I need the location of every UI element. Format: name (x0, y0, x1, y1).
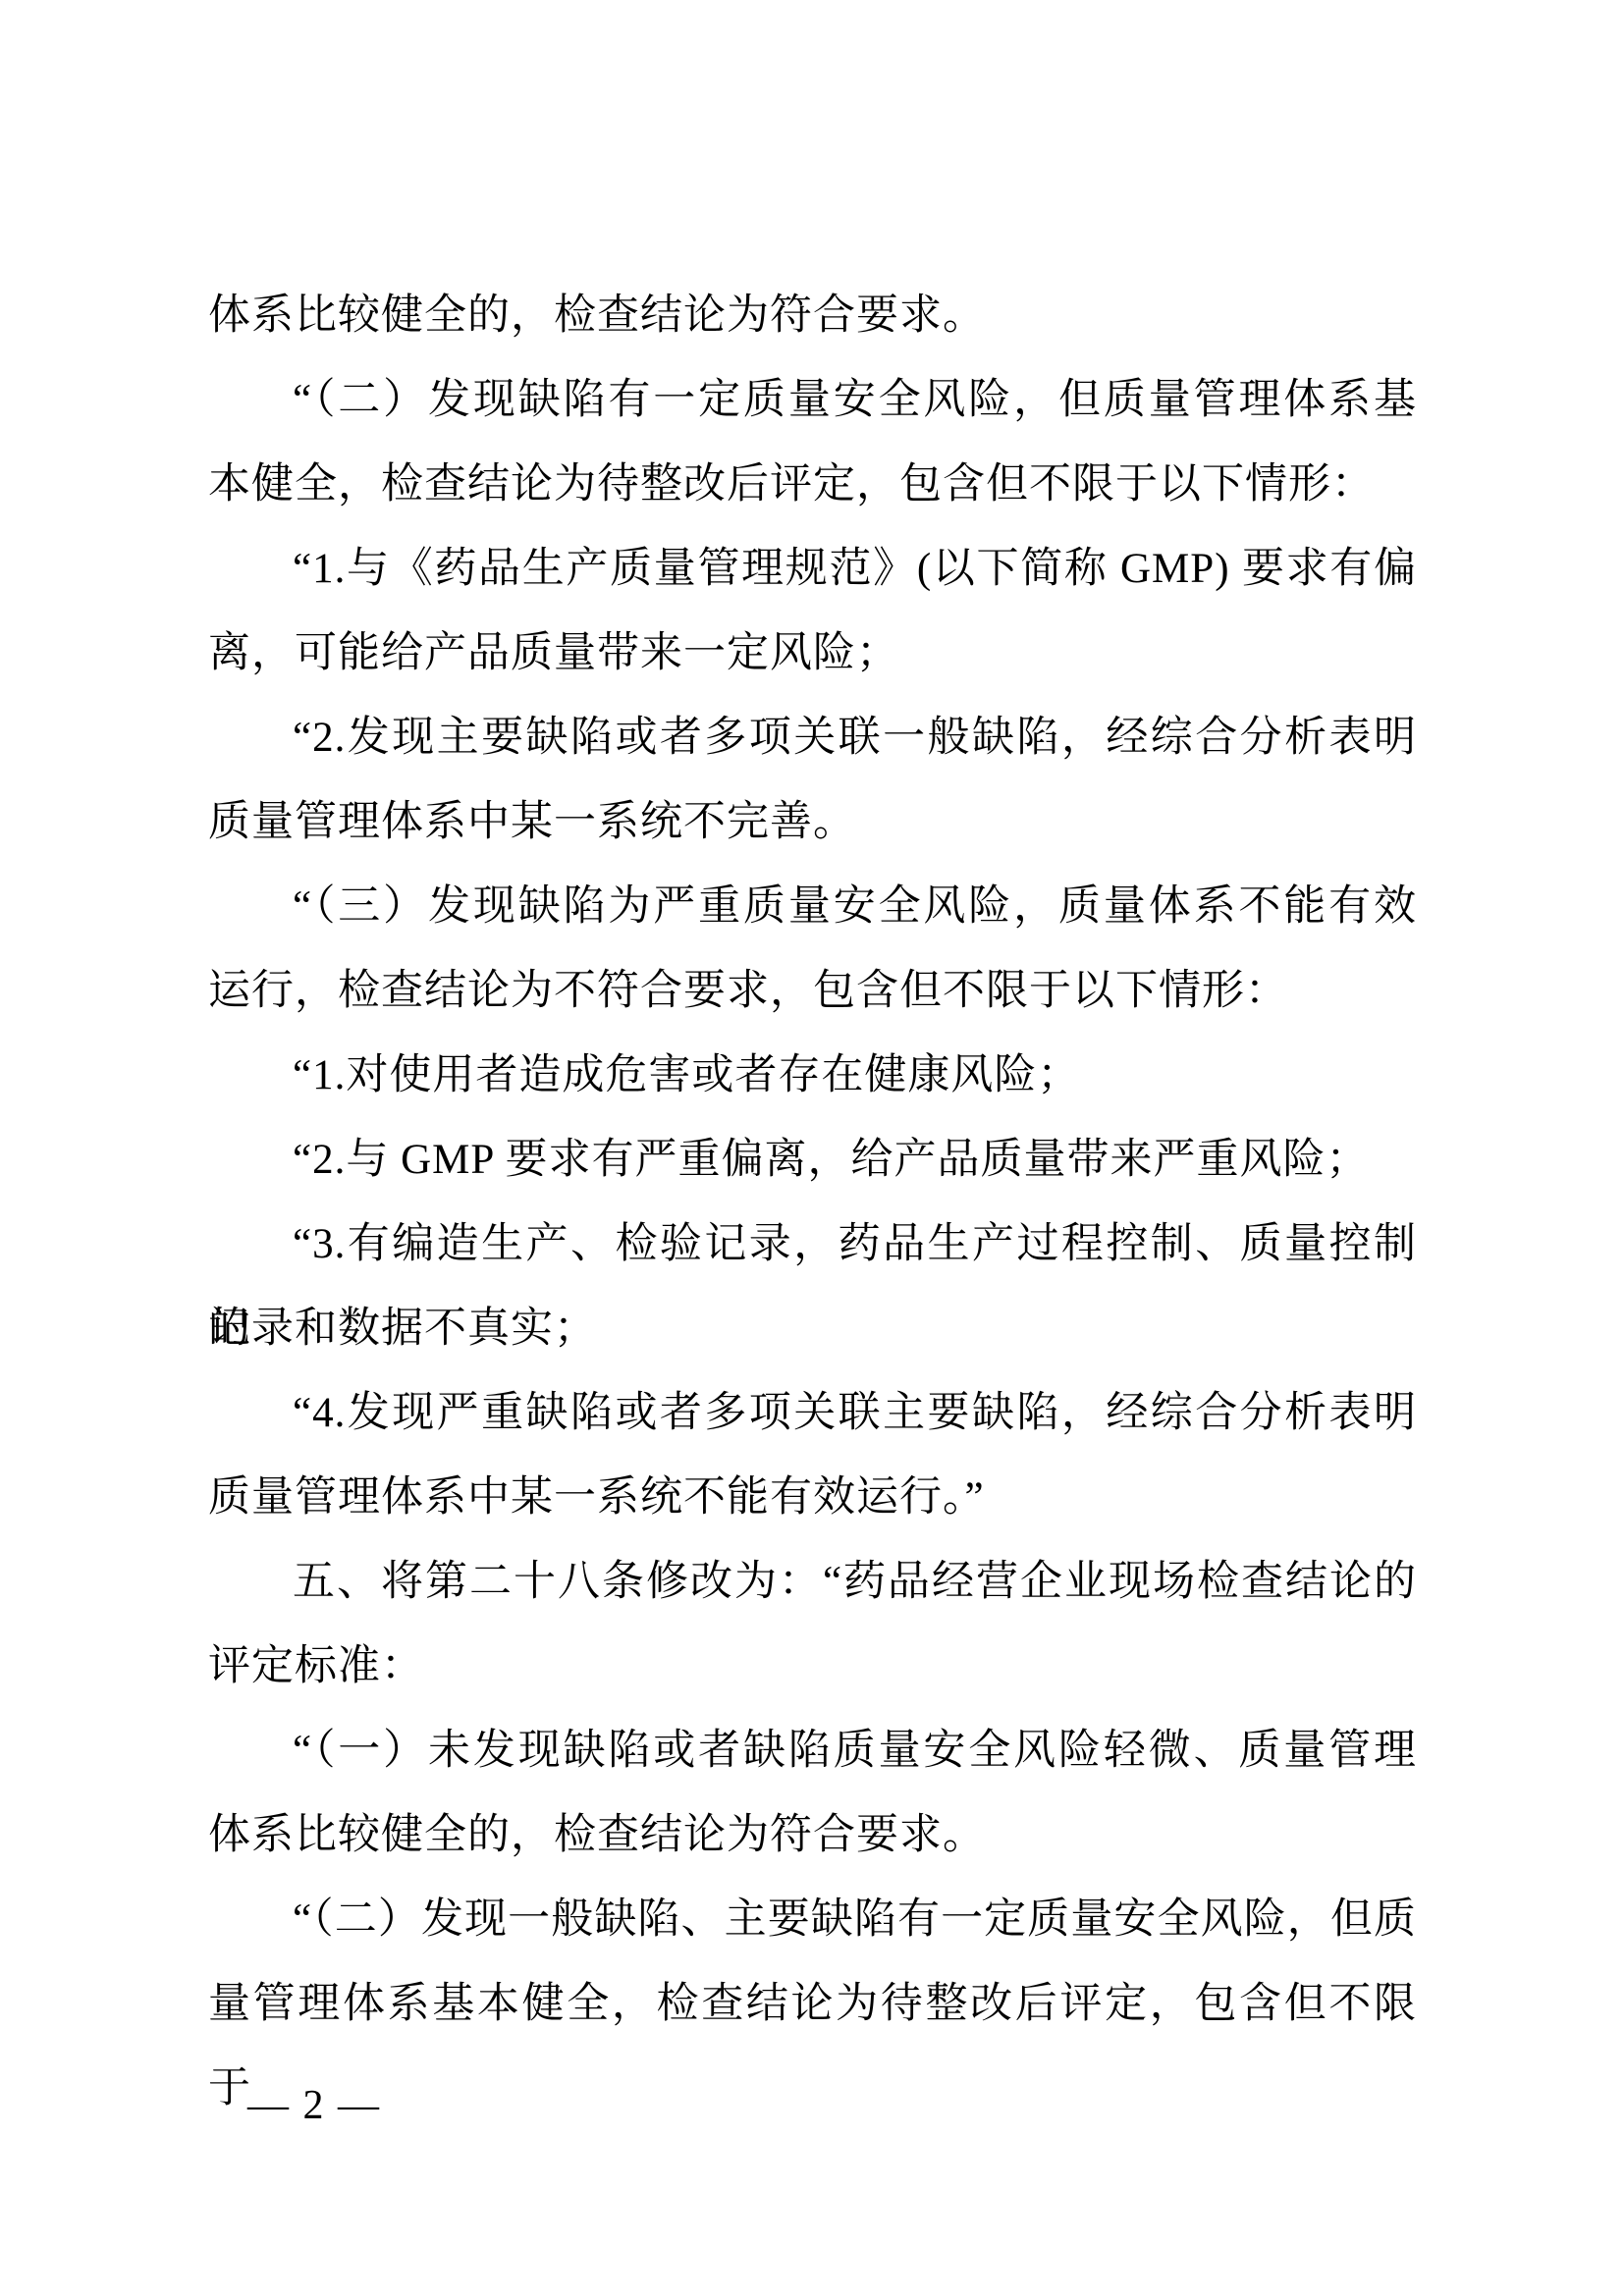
text-line: 质量管理体系中某一系统不完善。 (208, 780, 1417, 865)
page-number: — 2 — (247, 2079, 381, 2132)
text-line: 离，可能给产品质量带来一定风险； (208, 612, 1417, 696)
text-line: 记录和数据不真实； (208, 1287, 1417, 1371)
text-line: “（三）发现缺陷为严重质量安全风险，质量体系不能有效 (208, 865, 1417, 949)
text-line: “2.发现主要缺陷或者多项关联一般缺陷，经综合分析表明 (208, 696, 1417, 780)
text-line: 质量管理体系中某一系统不能有效运行。” (208, 1456, 1417, 1540)
text-line: “1.与《药品生产质量管理规范》(以下简称 GMP) 要求有偏 (208, 527, 1417, 612)
text-line: 量管理体系基本健全，检查结论为待整改后评定，包含但不限于 (208, 1962, 1417, 2047)
text-line: “2.与 GMP 要求有严重偏离，给产品质量带来严重风险； (208, 1118, 1417, 1202)
text-line: “（二）发现缺陷有一定质量安全风险，但质量管理体系基 (208, 358, 1417, 443)
text-line: “（二）发现一般缺陷、主要缺陷有一定质量安全风险，但质 (208, 1878, 1417, 1962)
text-line: 评定标准： (208, 1625, 1417, 1709)
text-line: 体系比较健全的，检查结论为符合要求。 (208, 274, 1417, 358)
text-line: 运行，检查结论为不符合要求，包含但不限于以下情形： (208, 949, 1417, 1034)
document-body: 体系比较健全的，检查结论为符合要求。“（二）发现缺陷有一定质量安全风险，但质量管… (208, 274, 1417, 2047)
text-line: 本健全，检查结论为待整改后评定，包含但不限于以下情形： (208, 443, 1417, 527)
text-line: 体系比较健全的，检查结论为符合要求。 (208, 1793, 1417, 1878)
text-line: “1.对使用者造成危害或者存在健康风险； (208, 1034, 1417, 1118)
text-line: 五、将第二十八条修改为：“药品经营企业现场检查结论的 (208, 1540, 1417, 1625)
document-page: 体系比较健全的，检查结论为符合要求。“（二）发现缺陷有一定质量安全风险，但质量管… (0, 0, 1624, 2296)
text-line: “（一）未发现缺陷或者缺陷质量安全风险轻微、质量管理 (208, 1709, 1417, 1793)
text-line: “4.发现严重缺陷或者多项关联主要缺陷，经综合分析表明 (208, 1371, 1417, 1456)
text-line: “3.有编造生产、检验记录，药品生产过程控制、质量控制的 (208, 1202, 1417, 1287)
